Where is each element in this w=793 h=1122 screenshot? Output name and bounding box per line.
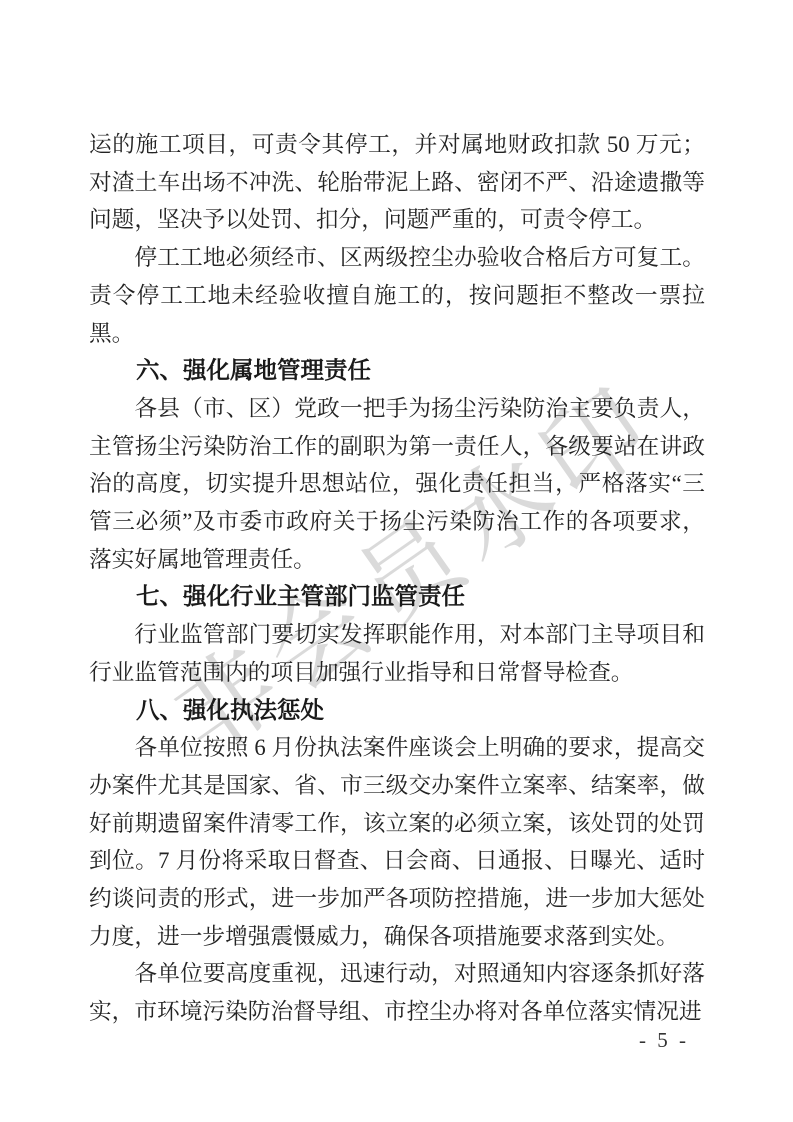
paragraph: 行业监管部门要切实发挥职能作用，对本部门主导项目和行业监管范围内的项目加强行业指… [89,616,705,691]
page-number: - 5 - [639,1028,689,1053]
document-body: 运的施工项目，可责令其停工，并对属地财政扣款 50 万元；对渣土车出场不冲洗、轮… [89,126,705,1031]
section-heading: 八、强化执法惩处 [89,692,705,730]
section-heading: 六、强化属地管理责任 [89,352,705,390]
paragraph: 各单位要高度重视，迅速行动，对照通知内容逐条抓好落实，市环境污染防治督导组、市控… [89,955,705,1030]
paragraph: 运的施工项目，可责令其停工，并对属地财政扣款 50 万元；对渣土车出场不冲洗、轮… [89,126,705,239]
paragraph: 各单位按照 6 月份执法案件座谈会上明确的要求，提高交办案件尤其是国家、省、市三… [89,729,705,955]
paragraph: 各县（市、区）党政一把手为扬尘污染防治主要负责人，主管扬尘污染防治工作的副职为第… [89,390,705,579]
section-heading: 七、强化行业主管部门监管责任 [89,578,705,616]
document-page: 非会员水印 运的施工项目，可责令其停工，并对属地财政扣款 50 万元；对渣土车出… [0,0,793,1122]
paragraph: 停工工地必须经市、区两级控尘办验收合格后方可复工。责令停工工地未经验收擅自施工的… [89,239,705,352]
